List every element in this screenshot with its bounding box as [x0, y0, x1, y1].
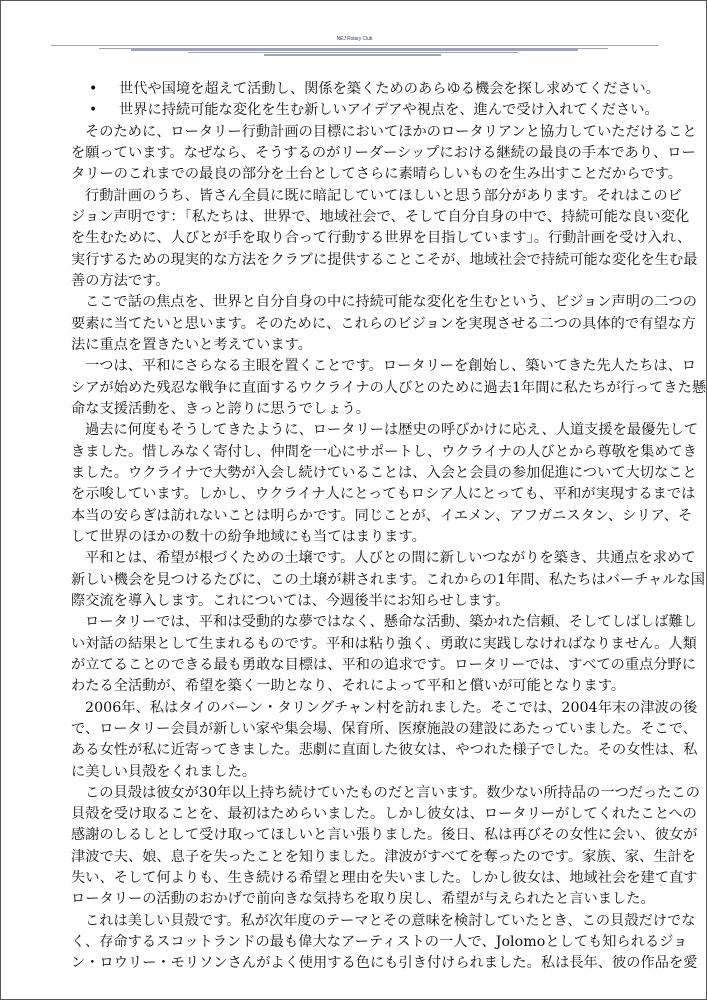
text-line: 感謝のしるしとして受け取ってほしいと言い張りました。後日、私は再びその女性に会い… — [71, 825, 649, 846]
scan-artifact-dot — [500, 581, 502, 583]
bullet-item: •世代や国境を超えて活動し、関係を築くためのあらゆる機会を探し求めてください。 — [71, 79, 649, 100]
paragraph: 平和とは、希望が根づくための土壌です。人びとの間に新しいつながりを築き、共通点を… — [71, 548, 649, 612]
paragraph: ロータリーでは、平和は受動的な夢ではなく、懸命な活動、築かれた信頼、そしてしばし… — [71, 612, 649, 697]
text-line: きました。惜しみなく寄付し、仲間を一心にサポートし、ウクライナの人びとから尊敬を… — [71, 442, 649, 463]
text-line: 実行するための現実的な方法をクラブに提供することこそが、地域社会で持続可能な変化… — [71, 250, 649, 271]
text-line: ロータリーでは、平和は受動的な夢ではなく、懸命な活動、築かれた信頼、そしてしばし… — [71, 612, 649, 633]
text-line: 本当の安らぎは訪れないことは明らかです。同じことが、イエメン、アフガニスタン、シ… — [71, 506, 649, 527]
text-line: 一つは、平和にさらなる主眼を置くことです。ロータリーを創始し、築いてきた先人たち… — [71, 356, 649, 377]
text-line: そのために、ロータリー行動計画の目標においてほかのロータリアンと協力していただけ… — [71, 122, 649, 143]
text-line: 2006年、私はタイのバーン・タリングチャン村を訪れました。そこでは、2004年… — [71, 698, 649, 719]
text-line: 要素に当てたいと思います。そのために、これらのビジョンを実現させる二つの具体的で… — [71, 314, 649, 335]
bullet-item: •世界に持続可能な変化を生む新しいアイデアや視点を、進んで受け入れてください。 — [71, 100, 649, 121]
document-page: NEJ Rotary Club •世代や国境を超えて活動し、関係を築くためのあら… — [0, 0, 707, 1000]
text-line: 貝殻を受け取ることを、最初はためらいました。しかし彼女は、ロータリーがしてくれた… — [71, 804, 649, 825]
bullet-icon: • — [89, 100, 119, 121]
text-line: シアが始めた残忍な戦争に直面するウクライナの人びとのために過去1年間に私たちが行… — [71, 378, 649, 399]
text-line: これは美しい貝殻です。私が次年度のテーマとその意味を検討していたとき、この貝殻だ… — [71, 911, 649, 932]
header-rule-3 — [131, 49, 578, 51]
header-rule-4 — [188, 52, 518, 53]
text-line: タリーのこれまでの最良の部分を土台としてさらに素晴らしいものを生み出すことだから… — [71, 164, 649, 185]
header-rule-1 — [51, 45, 658, 46]
text-line: して世界のほかの数十の紛争地域にも当てはまります。 — [71, 527, 649, 548]
text-line: 新しい機会を見つけるたびに、この土壌が耕されます。これからの1年間、私たちはバー… — [71, 570, 649, 591]
text-line: を示唆しています。しかし、ウクライナ人にとってもロシア人にとっても、平和が実現す… — [71, 484, 649, 505]
text-line: を願っています。なぜなら、そうするのがリーダーシップにおける継続の最良の手本であ… — [71, 143, 649, 164]
document-body: •世代や国境を超えて活動し、関係を築くためのあらゆる機会を探し求めてください。 … — [71, 79, 649, 975]
text-line: 津波で夫、娘、息子を失ったことを知りました。津波がすべてを奪ったのです。家族、家… — [71, 847, 649, 868]
text-line: に美しい貝殻をくれました。 — [71, 762, 649, 783]
text-line: ある女性が私に近寄ってきました。悲劇に直面した彼女は、やつれた様子でした。その女… — [71, 740, 649, 761]
text-line: ここで話の焦点を、世界と自分自身の中に持続可能な変化を生むという、ビジョン声明の… — [71, 292, 649, 313]
paragraph: これは美しい貝殻です。私が次年度のテーマとその意味を検討していたとき、この貝殻だ… — [71, 911, 649, 975]
paragraph: そのために、ロータリー行動計画の目標においてほかのロータリアンと協力していただけ… — [71, 122, 649, 186]
paragraph: 一つは、平和にさらなる主眼を置くことです。ロータリーを創始し、築いてきた先人たち… — [71, 356, 649, 420]
text-line: 過去に何度もそうしてきたように、ロータリーは歴史の呼びかけに応え、人道支援を最優… — [71, 420, 649, 441]
paragraph: 過去に何度もそうしてきたように、ロータリーは歴史の呼びかけに応え、人道支援を最優… — [71, 420, 649, 548]
text-line: 失い、そして何よりも、生き続ける希望と理由を失いました。しかし彼女は、地域社会を… — [71, 868, 649, 889]
text-line: 際交流を導入します。これについては、今週後半にお知らせします。 — [71, 591, 649, 612]
text-line: ました。ウクライナで大勢が入会し続けていることは、入会と会員の参加促進について大… — [71, 463, 649, 484]
text-line: わたる全活動が、希望を築く一助となり、それによって平和と償いが可能となります。 — [71, 676, 649, 697]
text-line: 平和とは、希望が根づくための土壌です。人びとの間に新しいつながりを築き、共通点を… — [71, 548, 649, 569]
paragraph: 行動計画のうち、皆さん全員に既に暗記していてほしいと思う部分があります。それはこ… — [71, 186, 649, 293]
header-rule-5 — [264, 54, 441, 56]
text-line: が立てることのできる最も勇敢な目標は、平和の追求です。ロータリーでは、すべての重… — [71, 655, 649, 676]
header-title: NEJ Rotary Club — [1, 36, 707, 42]
text-line: 法に重点を置きたいと考えています。 — [71, 335, 649, 356]
paragraph: ここで話の焦点を、世界と自分自身の中に持続可能な変化を生むという、ビジョン声明の… — [71, 292, 649, 356]
text-line: ジョン声明です：「私たちは、世界で、地域社会で、そして自分自身の中で、持続可能な… — [71, 207, 649, 228]
text-line: を生むために、人びとが手を取り合って行動する世界を目指しています」。行動計画を受… — [71, 228, 649, 249]
bullet-icon: • — [89, 79, 119, 100]
text-line: 命な支援活動を、きっと誇りに思うでしょう。 — [71, 399, 649, 420]
text-line: この貝殻は彼女が30年以上持ち続けていたものだと言います。数少ない所持品の一つだ… — [71, 783, 649, 804]
paragraph: この貝殻は彼女が30年以上持ち続けていたものだと言います。数少ない所持品の一つだ… — [71, 783, 649, 911]
paragraph: 2006年、私はタイのバーン・タリングチャン村を訪れました。そこでは、2004年… — [71, 698, 649, 783]
text-line: 善の方法です。 — [71, 271, 649, 292]
text-line: く、存命するスコットランドの最も偉大なアーティストの一人で、Jolomoとしても… — [71, 932, 649, 953]
text-line: 行動計画のうち、皆さん全員に既に暗記していてほしいと思う部分があります。それはこ… — [71, 186, 649, 207]
text-line: ロータリーの活動のおかげで前向きな気持ちを取り戻し、希望が与えられたと言いました… — [71, 889, 649, 910]
text-line: い対話の結果として生まれるものです。平和は粘り強く、勇敢に実践しなければなりませ… — [71, 634, 649, 655]
text-line: ン・ロウリー・モリソンさんがよく使用する色にも引き付けられました。私は長年、彼の… — [71, 953, 649, 974]
text-line: で、ロータリー会員が新しい家や集会場、保育所、医療施設の建設にあたっていました。… — [71, 719, 649, 740]
